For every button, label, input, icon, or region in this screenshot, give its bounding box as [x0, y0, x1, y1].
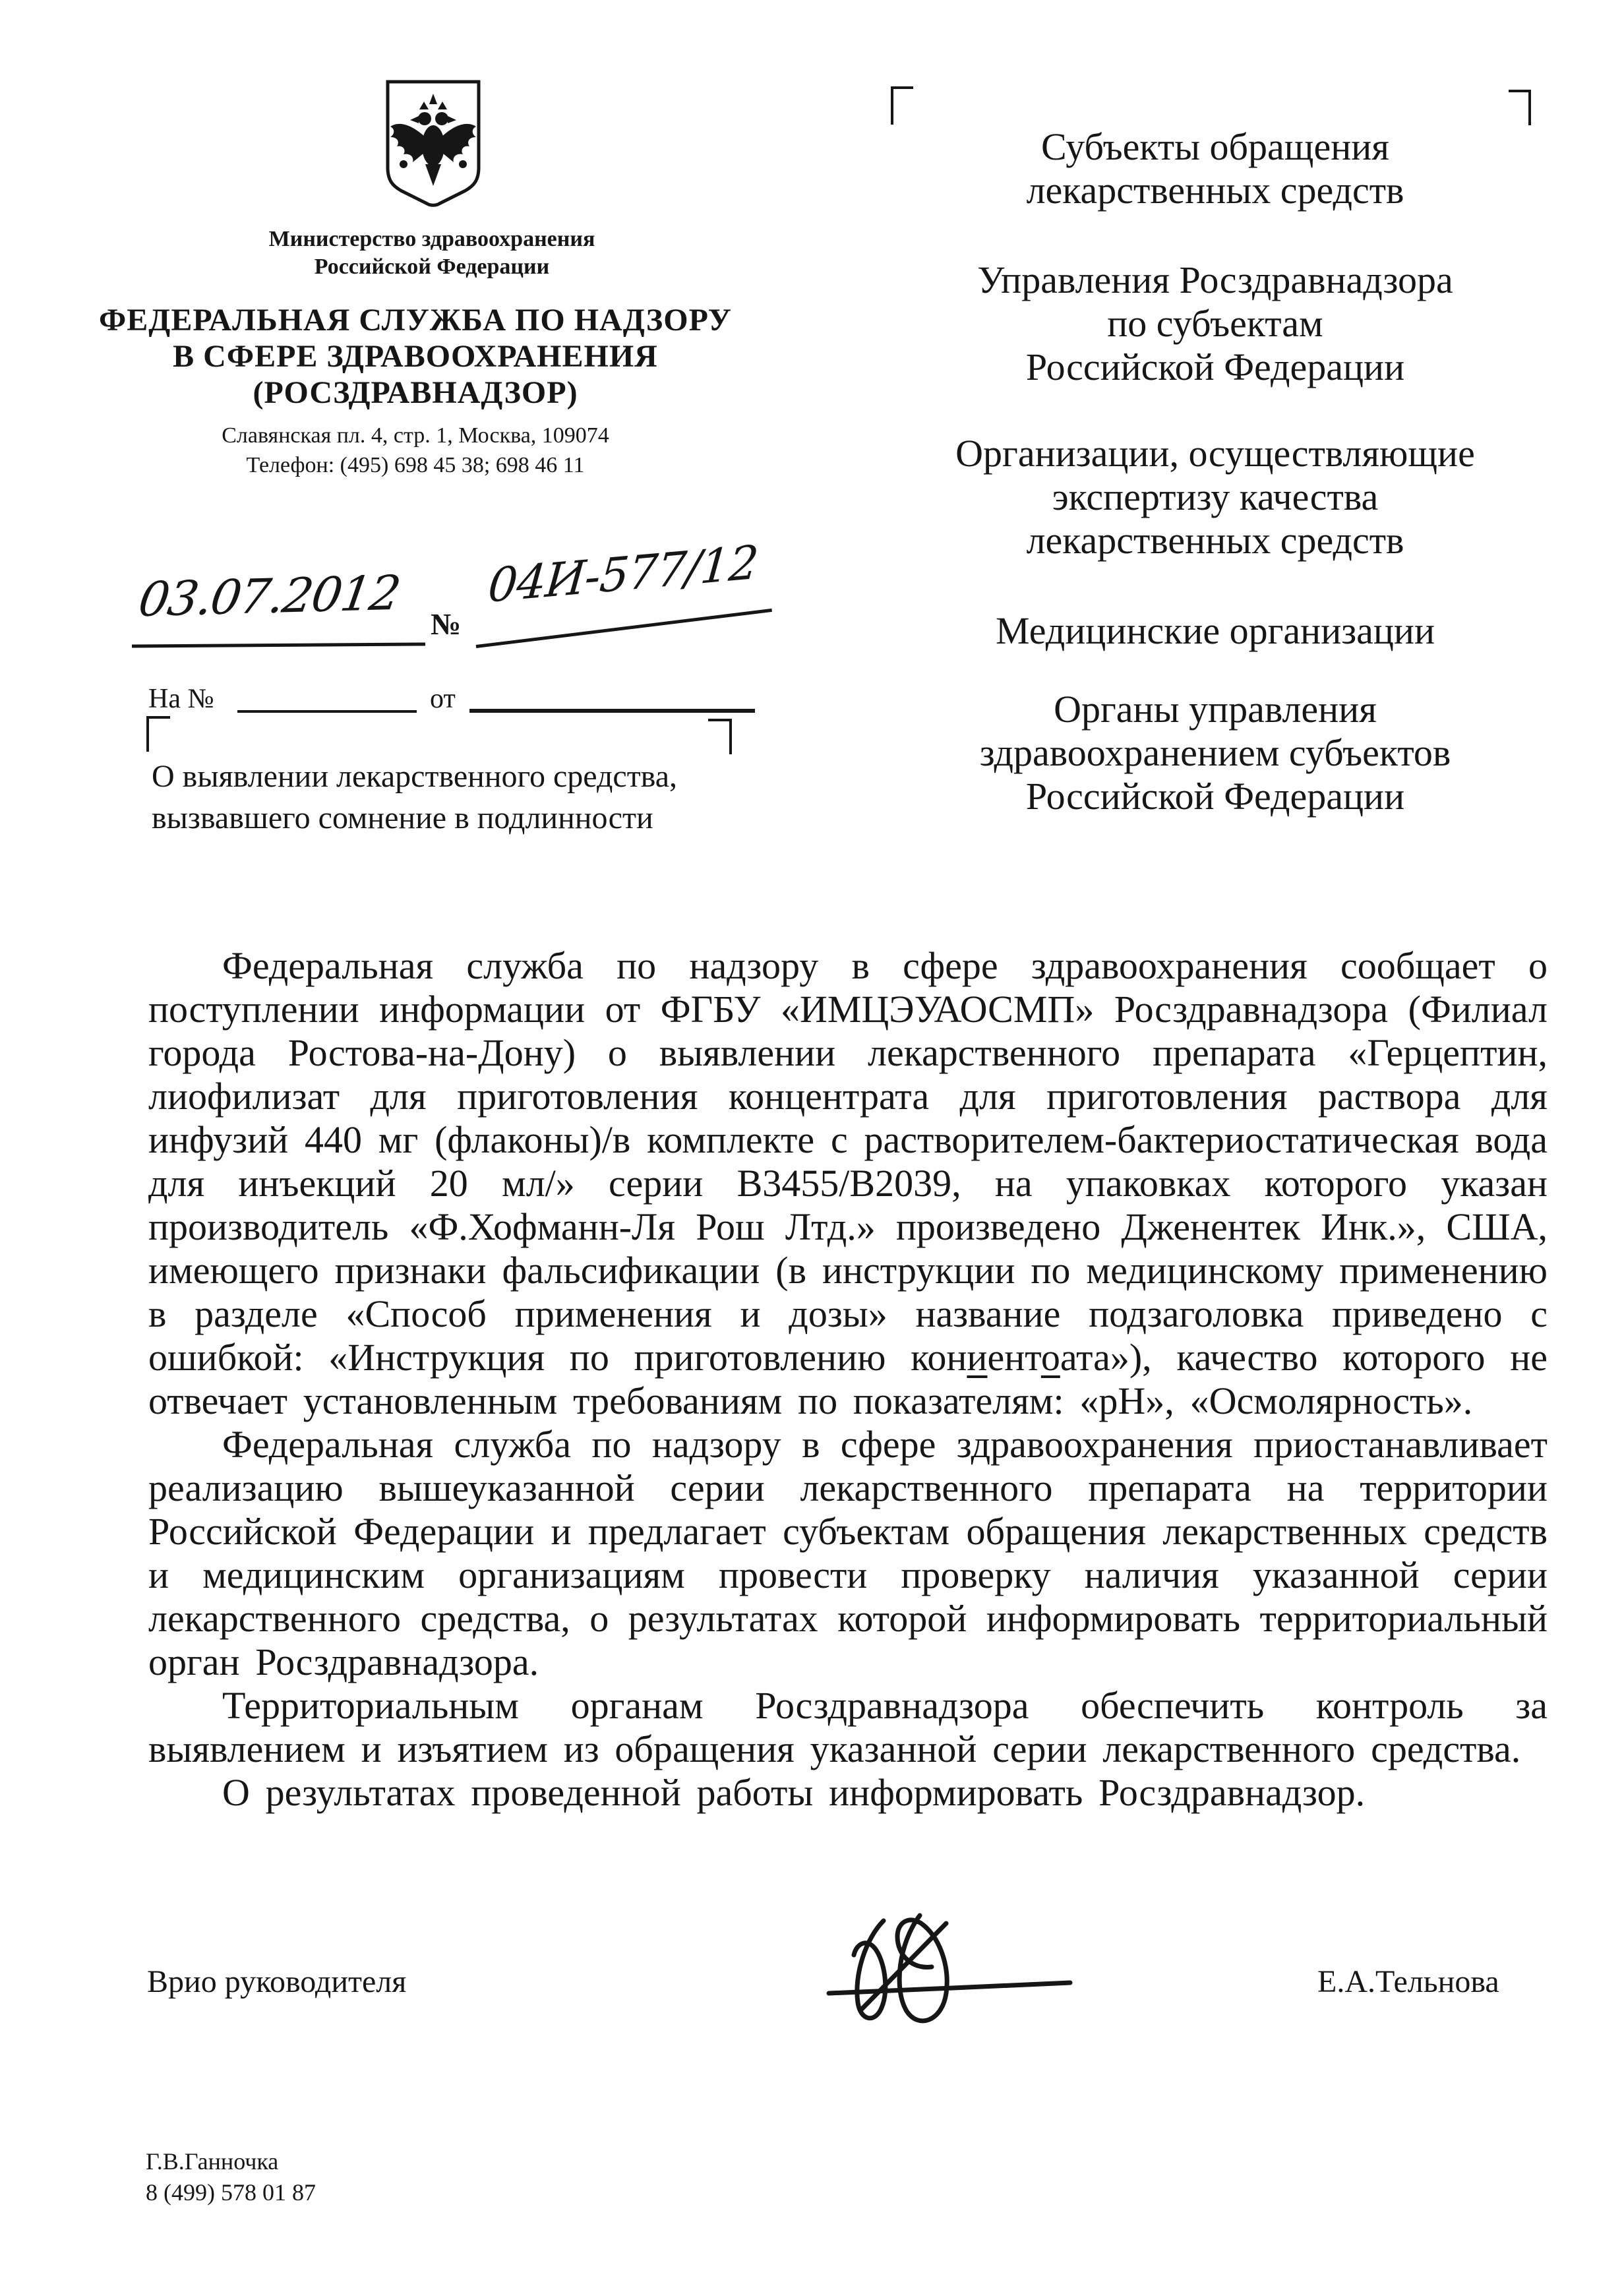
recipient-line: здравоохранением субъектов [882, 731, 1548, 775]
recipient-line: Субъекты обращения [882, 125, 1548, 169]
recipient-line: экспертизу качества [882, 475, 1548, 519]
recipients-corner-right [1509, 90, 1531, 125]
outgoing-date-handwritten: 03.07.2012 [135, 565, 404, 627]
number-sign: № [431, 607, 461, 642]
recipient-line: Организации, осуществляющие [882, 432, 1548, 475]
subject-line-1: О выявлении лекарственного средства, [152, 756, 745, 797]
subject-corner-left [146, 716, 170, 752]
reply-date-label: от [430, 683, 456, 715]
date-underline [132, 642, 425, 647]
body-paragraph-3: Территориальным органам Росздравнадзора … [148, 1684, 1548, 1771]
signature-flourish-icon [821, 1909, 1078, 2037]
subject-line-2: вызвавшего сомнение в подлинности [152, 797, 745, 839]
subject-corner-right [708, 719, 732, 754]
recipient-line: по субъектам [882, 302, 1548, 346]
letter-body: Федеральная служба по надзору в сфере зд… [148, 944, 1548, 1815]
misprint-underlined-letter: и [967, 1336, 987, 1379]
recipient-line: Российской Федерации [882, 775, 1548, 818]
misprint-underlined-letter: о [1041, 1336, 1060, 1379]
recipient-block-subjects: Субъекты обращения лекарственных средств [882, 125, 1548, 212]
subject-text: О выявлении лекарственного средства, выз… [152, 756, 745, 839]
reply-date-blank-line [469, 709, 755, 713]
letter-page: Министерство здравоохранения Российской … [0, 0, 1624, 2286]
coat-of-arms-icon [381, 76, 485, 210]
body-paragraph-2: Федеральная служба по надзору в сфере зд… [148, 1423, 1548, 1684]
reply-number-label: На № [148, 683, 214, 715]
body-paragraph-4: О результатах проведенной работы информи… [148, 1771, 1548, 1815]
recipient-block-health-authorities: Органы управления здравоохранением субъе… [882, 688, 1548, 818]
recipient-line: Медицинские организации [882, 609, 1548, 653]
signatory-name: Е.А.Тельнова [1317, 1964, 1499, 2000]
executor-block: Г.В.Ганночка 8 (499) 578 01 87 [146, 2146, 316, 2208]
address-line: Славянская пл. 4, стр. 1, Москва, 109074 [73, 421, 758, 450]
recipient-line: Российской Федерации [882, 346, 1548, 389]
recipient-line: Управления Росздравнадзора [882, 258, 1548, 302]
federal-service-name: ФЕДЕРАЛЬНАЯ СЛУЖБА ПО НАДЗОРУ В СФЕРЕ ЗД… [73, 302, 758, 411]
ministry-name: Министерство здравоохранения Российской … [119, 226, 745, 281]
signature-title: Врио руководителя [147, 1964, 406, 2000]
contact-phone: 8 (499) 578 01 87 [146, 2177, 316, 2208]
number-underline [476, 609, 772, 648]
outgoing-number-handwritten: 04И-577/12 [486, 535, 760, 613]
letterhead-contacts: Славянская пл. 4, стр. 1, Москва, 109074… [73, 421, 758, 480]
recipient-line: лекарственных средств [882, 169, 1548, 212]
service-line-1: ФЕДЕРАЛЬНАЯ СЛУЖБА ПО НАДЗОРУ [73, 302, 758, 338]
service-line-2: В СФЕРЕ ЗДРАВООХРАНЕНИЯ [73, 338, 758, 375]
contact-name: Г.В.Ганночка [146, 2146, 316, 2177]
service-line-3: (РОСЗДРАВНАДЗОР) [73, 375, 758, 411]
recipient-block-medical-organizations: Медицинские организации [882, 609, 1548, 653]
ministry-line-2: Российской Федерации [119, 253, 745, 281]
reply-number-blank-line [237, 710, 417, 713]
recipient-line: лекарственных средств [882, 519, 1548, 562]
recipients-corner-left [891, 86, 913, 125]
phone-line: Телефон: (495) 698 45 38; 698 46 11 [73, 450, 758, 480]
ministry-line-1: Министерство здравоохранения [119, 226, 745, 253]
recipient-line: Органы управления [882, 688, 1548, 731]
recipient-block-departments: Управления Росздравнадзора по субъектам … [882, 258, 1548, 389]
recipient-block-expert-organizations: Организации, осуществляющие экспертизу к… [882, 432, 1548, 562]
paragraph-text: ент [987, 1336, 1040, 1379]
paragraph-text: Федеральная служба по надзору в сфере зд… [148, 944, 1548, 1379]
body-paragraph-1: Федеральная служба по надзору в сфере зд… [148, 944, 1548, 1423]
